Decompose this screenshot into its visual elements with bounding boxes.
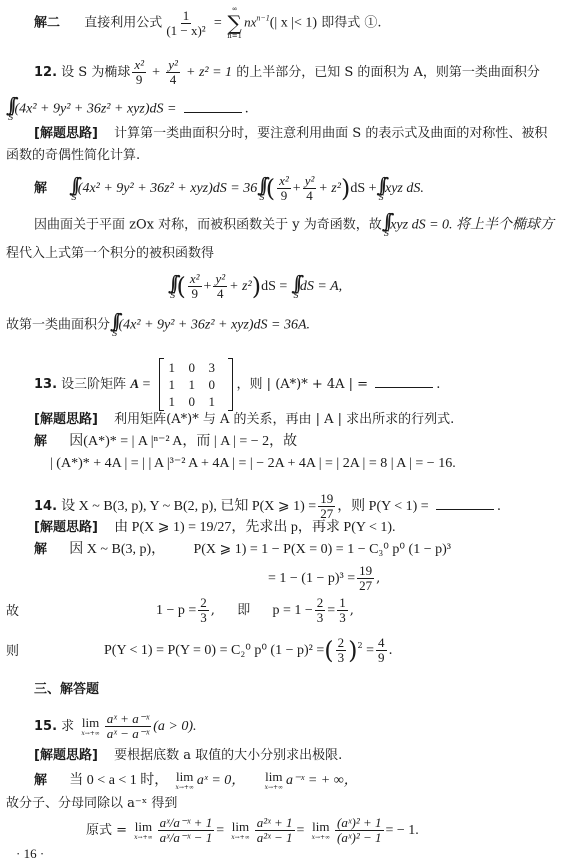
q13-solution-line1: 解 因(A*)* = | A |ⁿ⁻² A，而 | A | = − 2，故 bbox=[34, 434, 297, 450]
double-integral-icon: ∫∫S bbox=[291, 274, 298, 300]
q15-stem: 15. 求 limx→+∞aˣ + a⁻ˣaˣ − a⁻ˣ(a > 0). bbox=[34, 712, 197, 741]
prev-solution-text: 直接利用公式 bbox=[84, 16, 162, 31]
summation-symbol: ∞∑n=1 bbox=[227, 6, 242, 40]
q12-hint: [解题思路] 计算第一类曲面积分时，要注意利用曲面 S 的表示式及曲面的对称性、… bbox=[34, 126, 547, 142]
q12-stem: 12. 设 S 为椭球x²9 + y²4 + z² = 1 的上半部分，已知 S… bbox=[34, 58, 540, 87]
answer-blank bbox=[375, 375, 433, 388]
fraction: x²9 bbox=[132, 58, 146, 87]
double-integral-icon: ∫∫S bbox=[377, 176, 384, 202]
question-number: 15. bbox=[34, 719, 57, 734]
question-number: 13. bbox=[34, 377, 57, 392]
fraction: y²4 bbox=[166, 58, 180, 87]
page-number: · 16 · bbox=[16, 846, 44, 862]
question-number: 14. bbox=[34, 499, 57, 514]
double-integral-icon: ∫∫S bbox=[168, 274, 175, 300]
q15-final-eq: 原式 = limx→+∞aˣ/a⁻ˣ + 1aˣ/a⁻ˣ − 1= limx→+… bbox=[86, 816, 419, 845]
q14-gu-expr: 1 − p =23, 即 p = 1 −23=13, bbox=[156, 596, 354, 625]
limit-operator: limx→+∞ bbox=[265, 770, 283, 791]
double-integral-icon: ∫∫S bbox=[6, 96, 13, 122]
fraction: 1(1 − x)² bbox=[164, 9, 207, 38]
question-number: 12. bbox=[34, 65, 57, 80]
hint-label: [解题思路] bbox=[34, 748, 98, 763]
prev-solution-line: 解二 直接利用公式1(1 − x)² = ∞∑n=1nxn−1(| x |< 1… bbox=[34, 6, 382, 40]
double-integral-icon: ∫∫S bbox=[382, 212, 389, 238]
limit-operator: limx→+∞ bbox=[81, 716, 99, 737]
solution-label: 解 bbox=[34, 434, 47, 449]
q14-ze-line: 则 bbox=[6, 644, 19, 660]
double-integral-icon: ∫∫S bbox=[110, 312, 117, 338]
hint-label: [解题思路] bbox=[34, 412, 98, 427]
q15-solution-line2: 故分子、分母同除以 a⁻ˣ 得到 bbox=[6, 796, 177, 812]
section-title: 三、解答题 bbox=[34, 682, 99, 698]
q14-gu-line: 故 bbox=[6, 604, 19, 620]
solution-label: 解 bbox=[34, 773, 47, 788]
q13-hint: [解题思路] 利用矩阵(A*)* 与 A 的关系，再由 | A | 求出所求的行… bbox=[34, 412, 454, 428]
q12-solution-line1: 解 ∫∫S(4x² + 9y² + 36z² + xyz)dS = 36∫∫S(… bbox=[34, 174, 424, 203]
q14-hint: [解题思路] 由 P(X ⩾ 1) = 19/27，先求出 p，再求 P(Y <… bbox=[34, 520, 396, 536]
hint-label: [解题思路] bbox=[34, 126, 98, 141]
q12-display-eq: ∫∫S(x²9+y²4+ z²)dS = ∫∫SdS = A, bbox=[168, 272, 342, 301]
answer-blank bbox=[436, 497, 494, 510]
double-integral-icon: ∫∫S bbox=[69, 176, 76, 202]
q12-integral-line: ∫∫S(4x² + 9y² + 36z² + xyz)dS = . bbox=[6, 96, 249, 122]
hint-label: [解题思路] bbox=[34, 520, 98, 535]
answer-blank bbox=[184, 100, 242, 113]
solution-label: 解 bbox=[34, 542, 47, 557]
q12-solution-line2: 因曲面关于平面 zOx 对称，而被积函数关于 y 为奇函数，故∫∫Sxyz dS… bbox=[34, 212, 554, 238]
q12-hint-cont: 函数的奇偶性简化计算. bbox=[6, 148, 140, 164]
q12-solution-line3: 程代入上式第一个积分的被积函数得 bbox=[6, 246, 214, 262]
limit-operator: limx→+∞ bbox=[312, 820, 330, 841]
q14-stem: 14. 设 X ~ B(3, p), Y ~ B(2, p), 已知 P(X ⩾… bbox=[34, 492, 501, 521]
matrix-A: 103 110 101 bbox=[159, 358, 233, 411]
q14-solution-line2: = 1 − (1 − p)³ =1927, bbox=[268, 564, 380, 593]
solution-label: 解二 bbox=[34, 16, 60, 31]
double-integral-icon: ∫∫S bbox=[257, 176, 264, 202]
q13-stem: 13. 设三阶矩阵 A = 103 110 101 ，则 | (A*)* + 4… bbox=[34, 358, 440, 411]
solution-label: 解 bbox=[34, 181, 47, 196]
q12-conclusion: 故第一类曲面积分∫∫S(4x² + 9y² + 36z² + xyz)dS = … bbox=[6, 312, 310, 338]
q15-hint: [解题思路] 要根据底数 a 取值的大小分别求出极限. bbox=[34, 748, 342, 764]
limit-operator: limx→+∞ bbox=[175, 770, 193, 791]
q15-solution-line1: 解 当 0 < a < 1 时， limx→+∞aˣ = 0， limx→+∞a… bbox=[34, 770, 358, 791]
q14-solution-line1: 解 因 X ~ B(3, p)， P(X ⩾ 1) = 1 − P(X = 0)… bbox=[34, 542, 451, 558]
limit-operator: limx→+∞ bbox=[231, 820, 249, 841]
q13-solution-line2: | (A*)* + 4A | = | | A |³⁻² A + 4A | = |… bbox=[50, 456, 456, 472]
prev-solution-tail: 即得式 ①. bbox=[321, 16, 381, 31]
limit-operator: limx→+∞ bbox=[134, 820, 152, 841]
q14-ze-expr: P(Y < 1) = P(Y = 0) = C₂⁰ p⁰ (1 − p)² =(… bbox=[104, 636, 393, 665]
